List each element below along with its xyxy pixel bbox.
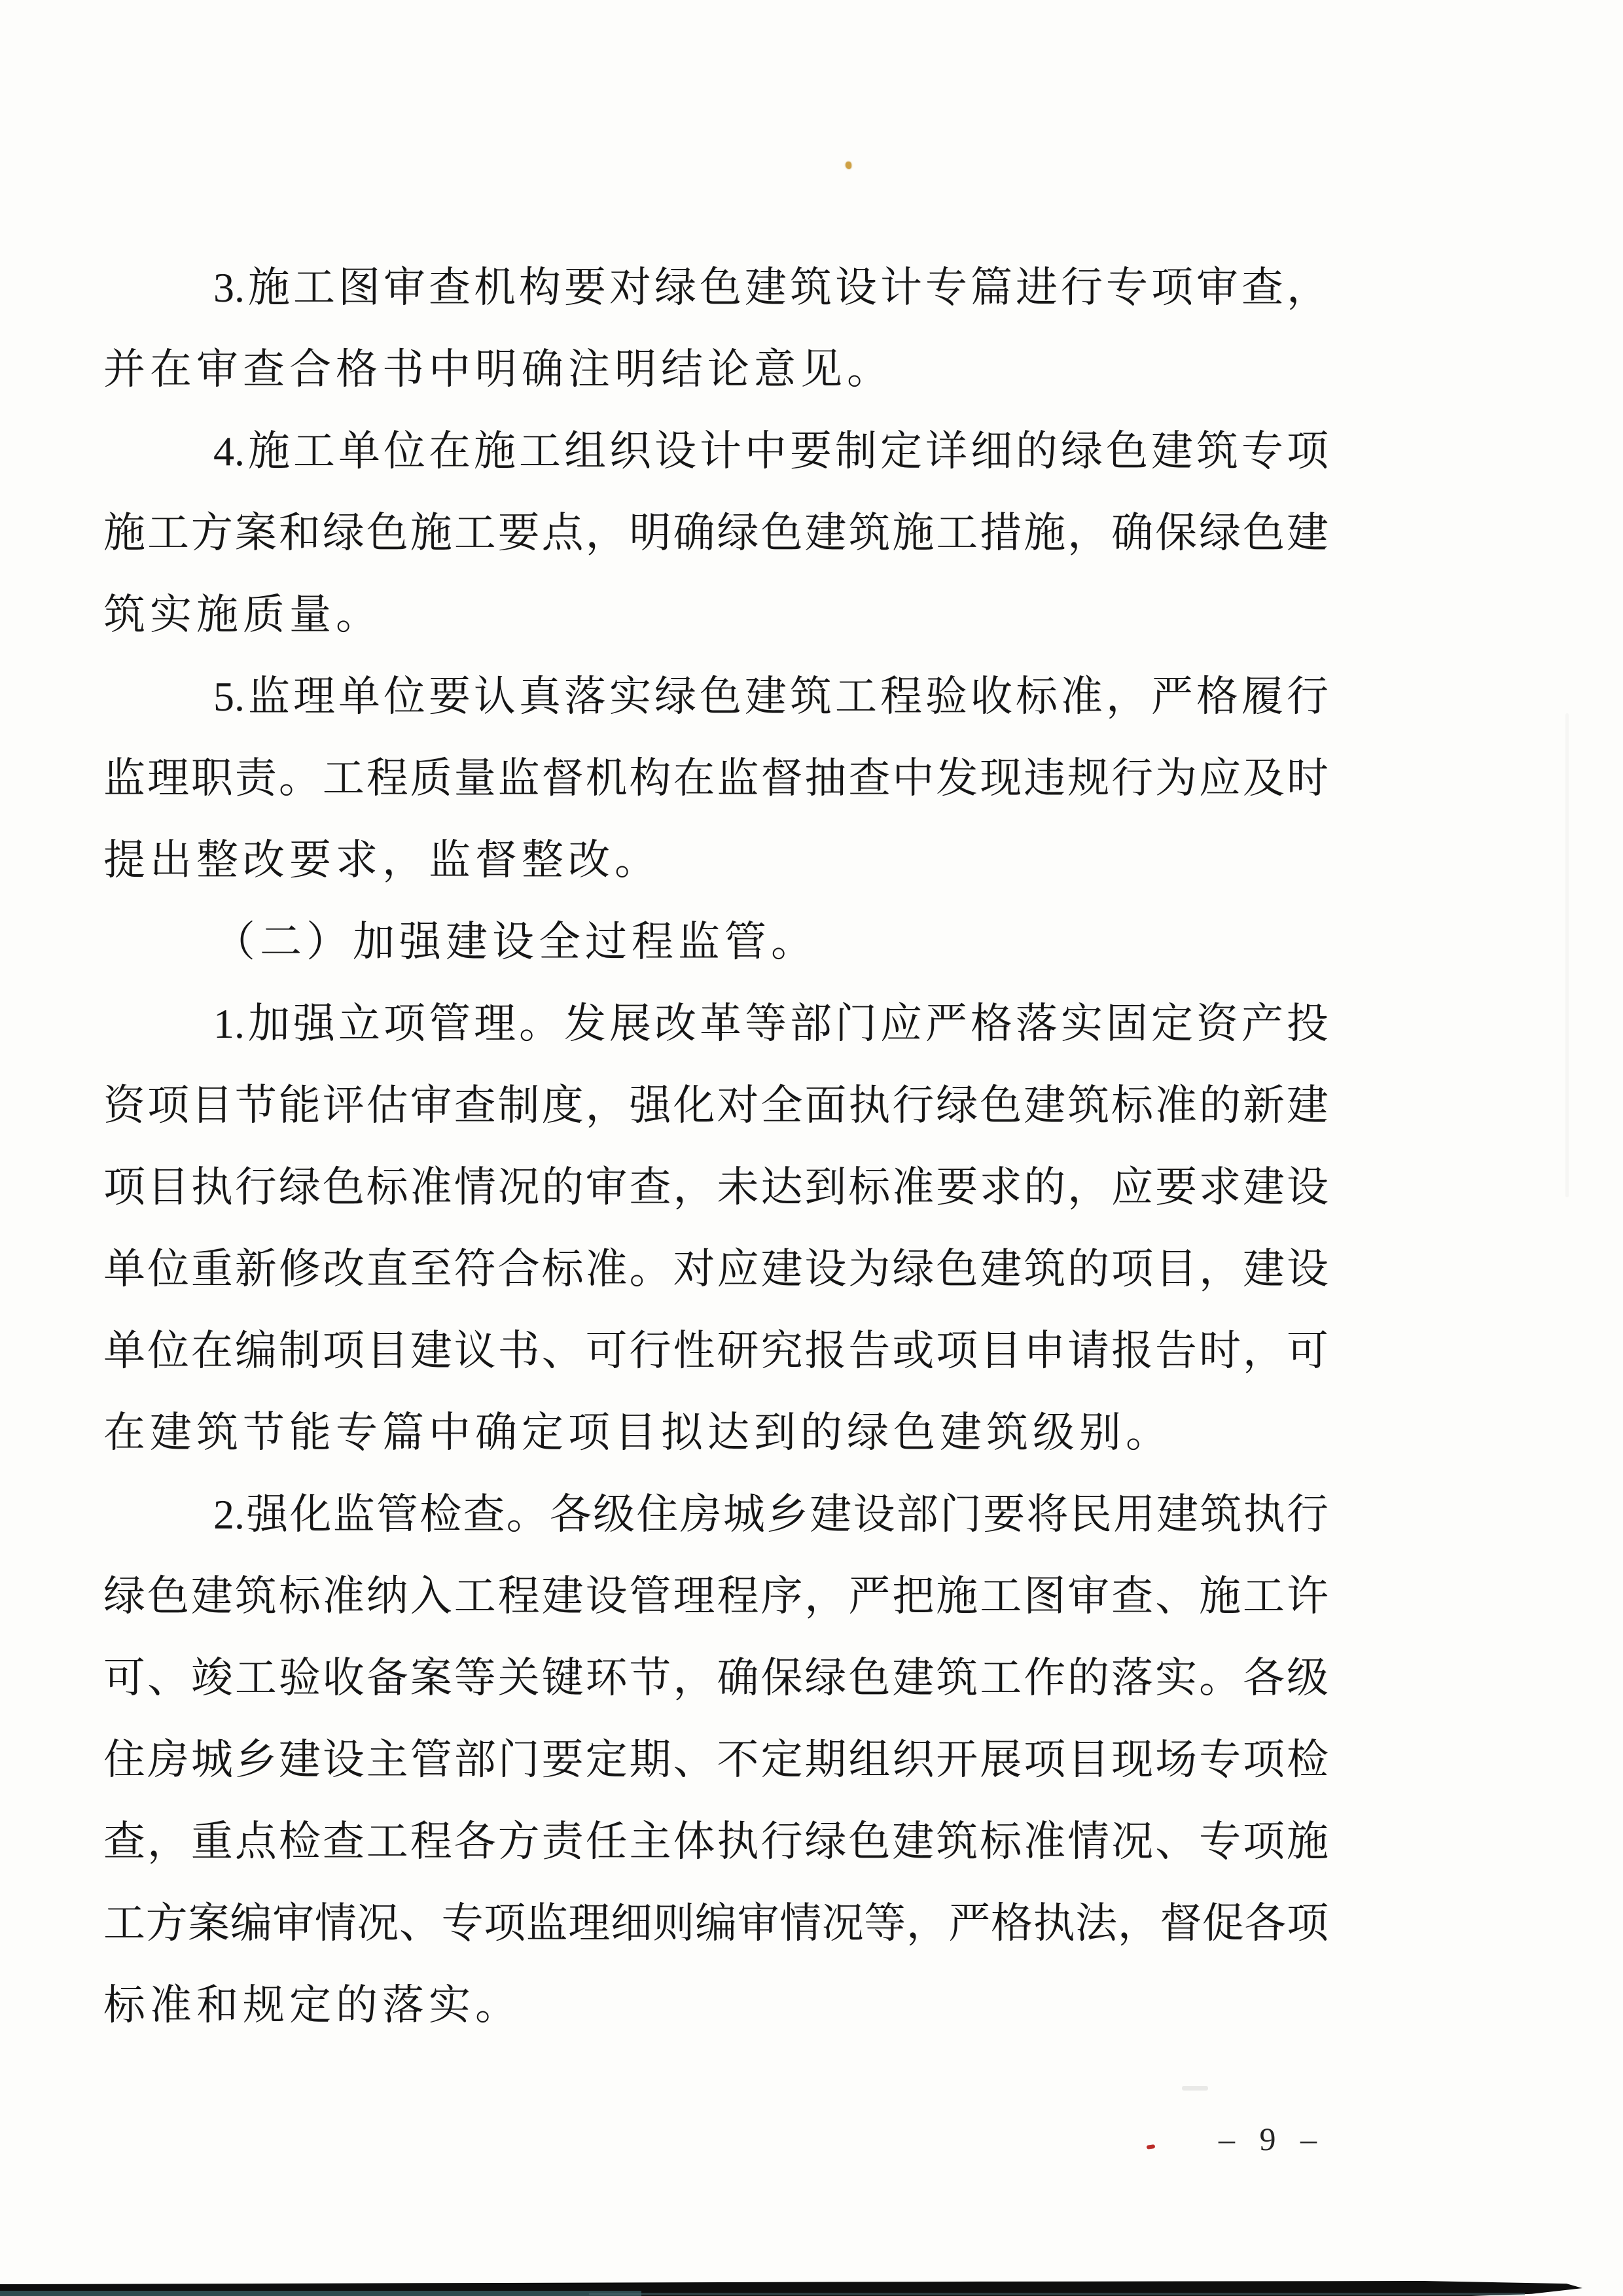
text-line: 1.加强立项管理。发展改革等部门应严格落实固定资产投: [103, 983, 1329, 1065]
text-line: 施工方案和绿色施工要点，明确绿色建筑施工措施，确保绿色建: [103, 492, 1329, 574]
paragraph: （二）加强建设全过程监管。: [103, 901, 1329, 983]
text-line: 单位重新修改直至符合标准。对应建设为绿色建筑的项目，建设: [103, 1228, 1329, 1310]
page-number: – 9 –: [1219, 2120, 1323, 2158]
text-line: 监理职责。工程质量监督机构在监督抽查中发现违规行为应及时: [103, 737, 1329, 819]
paragraph: 3.施工图审查机构要对绿色建筑设计专篇进行专项审查，并在审查合格书中明确注明结论…: [103, 247, 1329, 410]
bottom-scan-edge-shadow-right: [589, 2293, 1525, 2295]
text-line: 单位在编制项目建议书、可行性研究报告或项目申请报告时，可: [103, 1310, 1329, 1392]
scanned-document-page: 3.施工图审查机构要对绿色建筑设计专篇进行专项审查，并在审查合格书中明确注明结论…: [0, 0, 1623, 2296]
text-line: 提出整改要求，监督整改。: [103, 819, 1329, 901]
scan-speck-yellow: [846, 162, 851, 169]
paragraph: 2.强化监管检查。各级住房城乡建设部门要将民用建筑执行绿色建筑标准纳入工程建设管…: [103, 1474, 1329, 2046]
text-line: 资项目节能评估审查制度，强化对全面执行绿色建筑标准的新建: [103, 1065, 1329, 1146]
text-line: 查，重点检查工程各方责任主体执行绿色建筑标准情况、专项施: [103, 1801, 1329, 1882]
bottom-scan-edge-shadow-left: [0, 2291, 641, 2296]
text-line: 并在审查合格书中明确注明结论意见。: [103, 328, 1329, 410]
text-line: 标准和规定的落实。: [103, 1964, 1329, 2046]
scan-streak-right-margin: [1565, 713, 1569, 1197]
text-line: 2.强化监管检查。各级住房城乡建设部门要将民用建筑执行: [103, 1474, 1329, 1555]
scan-speck-red: [1147, 2144, 1156, 2149]
paragraph: 5.监理单位要认真落实绿色建筑工程验收标准，严格履行监理职责。工程质量监督机构在…: [103, 656, 1329, 901]
text-line: 绿色建筑标准纳入工程建设管理程序，严把施工图审查、施工许: [103, 1555, 1329, 1637]
document-body: 3.施工图审查机构要对绿色建筑设计专篇进行专项审查，并在审查合格书中明确注明结论…: [103, 247, 1329, 2046]
text-line: 3.施工图审查机构要对绿色建筑设计专篇进行专项审查，: [103, 247, 1329, 328]
text-line: 可、竣工验收备案等关键环节，确保绿色建筑工作的落实。各级: [103, 1637, 1329, 1719]
scan-smudge-gray: [1182, 2086, 1208, 2091]
text-line: 在建筑节能专篇中确定项目拟达到的绿色建筑级别。: [103, 1392, 1329, 1474]
text-line: 筑实施质量。: [103, 574, 1329, 656]
paragraph: 1.加强立项管理。发展改革等部门应严格落实固定资产投资项目节能评估审查制度，强化…: [103, 983, 1329, 1474]
text-line: 5.监理单位要认真落实绿色建筑工程验收标准，严格履行: [103, 656, 1329, 737]
text-line: （二）加强建设全过程监管。: [103, 901, 1329, 983]
text-line: 项目执行绿色标准情况的审查，未达到标准要求的，应要求建设: [103, 1146, 1329, 1228]
text-line: 工方案编审情况、专项监理细则编审情况等，严格执法，督促各项: [103, 1882, 1329, 1964]
paragraph: 4.施工单位在施工组织设计中要制定详细的绿色建筑专项施工方案和绿色施工要点，明确…: [103, 410, 1329, 656]
text-line: 4.施工单位在施工组织设计中要制定详细的绿色建筑专项: [103, 410, 1329, 492]
text-line: 住房城乡建设主管部门要定期、不定期组织开展项目现场专项检: [103, 1719, 1329, 1801]
